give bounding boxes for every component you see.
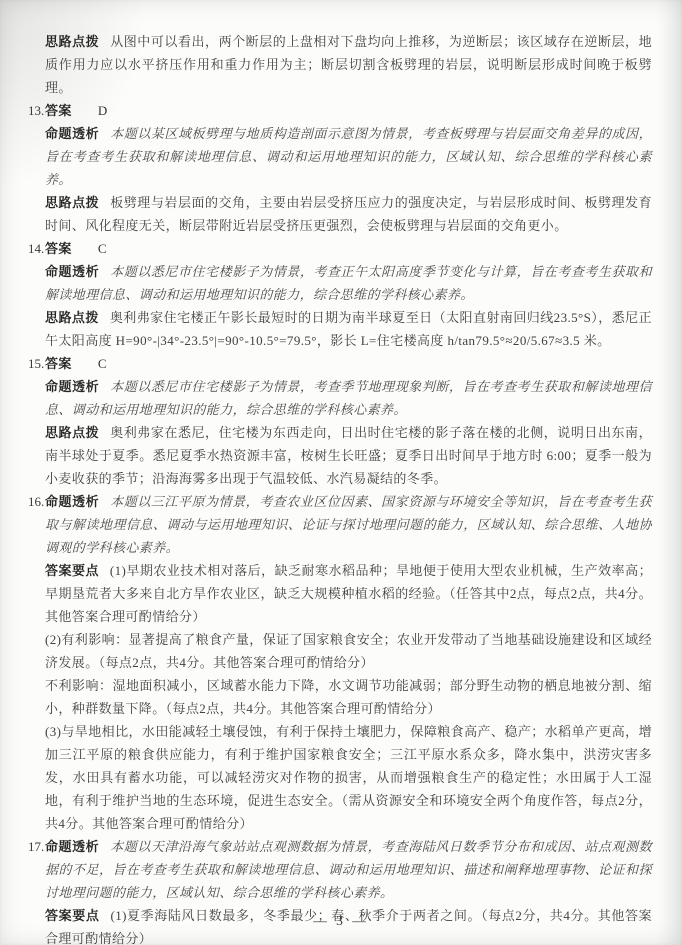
key-points-paragraph-3: 不利影响：湿地面积减小，区域蓄水能力下降，水文调节功能减弱；部分野生动物的栖息地… <box>45 674 652 720</box>
answer-line: 答案D <box>45 99 652 122</box>
answer-value: C <box>98 356 107 371</box>
analysis-paragraph: 命题透析本题以三江平原为情景，考查农业区位因素、国家资源与环境安全等知识，旨在考… <box>45 490 652 559</box>
analysis-label: 命题透析 <box>45 839 99 854</box>
document-page: 思路点拨从图中可以看出，两个断层的上盘相对下盘均向上推移，为逆断层；该区域存在逆… <box>0 0 682 945</box>
hint-text: 板劈理与岩层面的交角，主要由岩层受挤压应力的强度决定，与岩层形成时间、板劈理发育… <box>45 195 652 233</box>
analysis-paragraph: 命题透析本题以天津沿海气象站站点观测数据为情景，考查海陆风日数季节分布和成因、站… <box>45 835 652 904</box>
key-point-text: (2)有利影响：显著提高了粮食产量，保证了国家粮食安全；农业开发带动了当地基础设… <box>45 632 652 670</box>
analysis-label: 命题透析 <box>45 379 99 394</box>
question-13-block: 13. 答案D 命题透析本题以某区域板劈理与地质构造剖面示意图为情景，考查板劈理… <box>30 99 652 237</box>
answer-line: 答案C <box>45 352 652 375</box>
key-points-paragraph-2: (2)有利影响：显著提高了粮食产量，保证了国家粮食安全；农业开发带动了当地基础设… <box>45 628 652 674</box>
answer-label: 答案 <box>45 241 72 256</box>
analysis-paragraph: 命题透析本题以某区域板劈理与地质构造剖面示意图为情景，考查板劈理与岩层面交角差异… <box>45 122 652 191</box>
question-14-block: 14. 答案C 命题透析本题以悉尼市住宅楼影子为情景，考查正午太阳高度季节变化与… <box>30 237 652 352</box>
hint-paragraph: 思路点拨奥利弗家在悉尼，住宅楼为东西走向，日出时住宅楼的影子落在楼的北侧，说明日… <box>45 421 652 490</box>
analysis-paragraph: 命题透析本题以悉尼市住宅楼影子为情景，考查正午太阳高度季节变化与计算，旨在考查考… <box>45 260 652 306</box>
hint-label: 思路点拨 <box>45 195 99 210</box>
question-17-number: 17. <box>28 835 44 858</box>
analysis-text: 本题以某区域板劈理与地质构造剖面示意图为情景，考查板劈理与岩层面交角差异的成因，… <box>45 126 652 187</box>
hint-text: 奥利弗家在悉尼，住宅楼为东西走向，日出时住宅楼的影子落在楼的北侧，说明日出东南，… <box>45 425 652 486</box>
hint-label: 思路点拨 <box>45 34 99 49</box>
answer-label: 答案 <box>45 356 72 371</box>
hint-label: 思路点拨 <box>45 310 99 325</box>
answer-key-content: 思路点拨从图中可以看出，两个断层的上盘相对下盘均向上推移，为逆断层；该区域存在逆… <box>30 30 652 945</box>
question-15-block: 15. 答案C 命题透析本题以悉尼市住宅楼影子为情景，考查季节地理现象判断，旨在… <box>30 352 652 490</box>
analysis-text: 本题以悉尼市住宅楼影子为情景，考查正午太阳高度季节变化与计算，旨在考查考生获取和… <box>45 264 652 302</box>
key-points-paragraph-4: (3)与旱地相比，水田能减轻土壤侵蚀，有利于保持土壤肥力，保障粮食高产、稳产；水… <box>45 720 652 835</box>
question-16-number: 16. <box>28 490 44 513</box>
question-16-block: 16. 命题透析本题以三江平原为情景，考查农业区位因素、国家资源与环境安全等知识… <box>30 490 652 835</box>
analysis-label: 命题透析 <box>45 264 99 279</box>
key-points-label: 答案要点 <box>45 563 99 578</box>
hint-paragraph: 思路点拨板劈理与岩层面的交角，主要由岩层受挤压应力的强度决定，与岩层形成时间、板… <box>45 191 652 237</box>
key-point-text: (1)早期农业技术相对落后，缺乏耐寒水稻品种；旱地便于使用大型农业机械，生产效率… <box>45 563 652 624</box>
hint-text: 奥利弗家住宅楼正午影长最短时的日期为南半球夏至日（太阳直射南回归线23.5°S）… <box>45 310 652 348</box>
analysis-text: 本题以天津沿海气象站站点观测数据为情景，考查海陆风日数季节分布和成因、站点观测数… <box>45 839 652 900</box>
key-point-text: 不利影响：湿地面积减小，区域蓄水能力下降，水文调节功能减弱；部分野生动物的栖息地… <box>45 678 652 716</box>
key-point-text: (3)与旱地相比，水田能减轻土壤侵蚀，有利于保持土壤肥力，保障粮食高产、稳产；水… <box>45 724 652 831</box>
answer-label: 答案 <box>45 103 72 118</box>
analysis-text: 本题以悉尼市住宅楼影子为情景，考查季节地理现象判断，旨在考查考生获取和解读地理信… <box>45 379 652 417</box>
intro-text: 从图中可以看出，两个断层的上盘相对下盘均向上推移，为逆断层；该区域存在逆断层，地… <box>45 34 652 95</box>
answer-line: 答案C <box>45 237 652 260</box>
analysis-paragraph: 命题透析本题以悉尼市住宅楼影子为情景，考查季节地理现象判断，旨在考查考生获取和解… <box>45 375 652 421</box>
hint-label: 思路点拨 <box>45 425 99 440</box>
answer-value: D <box>98 103 108 118</box>
question-15-number: 15. <box>28 352 44 375</box>
hint-paragraph: 思路点拨奥利弗家住宅楼正午影长最短时的日期为南半球夏至日（太阳直射南回归线23.… <box>45 306 652 352</box>
key-points-paragraph-1: 答案要点(1)早期农业技术相对落后，缺乏耐寒水稻品种；旱地便于使用大型农业机械，… <box>45 559 652 628</box>
analysis-label: 命题透析 <box>45 494 99 509</box>
question-14-number: 14. <box>28 237 44 260</box>
analysis-label: 命题透析 <box>45 126 99 141</box>
analysis-text: 本题以三江平原为情景，考查农业区位因素、国家资源与环境安全等知识，旨在考查考生获… <box>45 494 652 555</box>
answer-value: C <box>98 241 107 256</box>
page-number: — 3 — <box>0 913 682 929</box>
question-13-number: 13. <box>28 99 44 122</box>
intro-paragraph: 思路点拨从图中可以看出，两个断层的上盘相对下盘均向上推移，为逆断层；该区域存在逆… <box>45 30 652 99</box>
